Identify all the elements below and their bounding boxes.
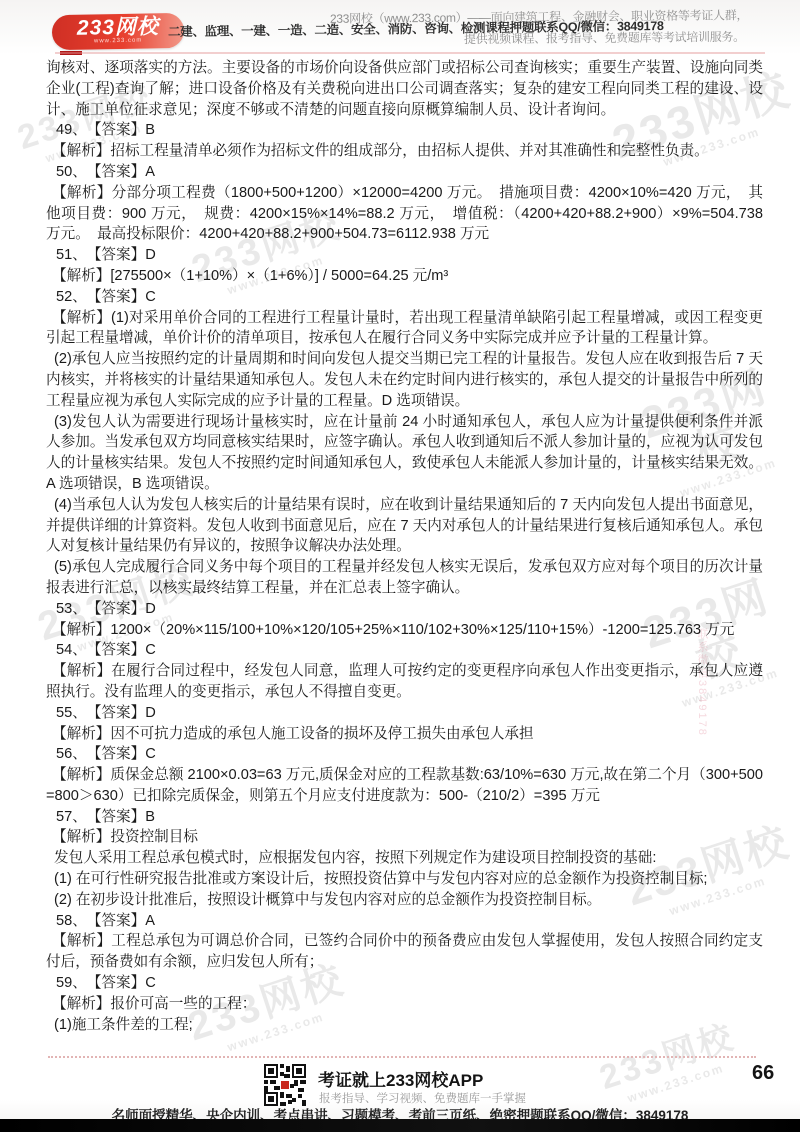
page-number: 66 [752, 1062, 774, 1085]
logo-text: 233网校 [77, 17, 159, 38]
paragraph: 【解析】分部分项工程费（1800+500+1200）×12000=4200 万元… [46, 183, 763, 245]
paragraph: (4)当承包人认为发包人核实后的计量结果有误时，应在收到计量结果通知后的 7 天… [46, 495, 763, 557]
paragraph: 【解析】招标工程量清单必须作为招标文件的组成部分，由招标人提供、并对其准确性和完… [46, 141, 763, 162]
paragraph: 57、 【答案】B [46, 807, 763, 828]
paragraph: 【解析】1200×（20%×115/100+10%×120/105+25%×11… [46, 620, 763, 641]
paragraph: 51、 【答案】D [46, 245, 763, 266]
paragraph: 【解析】工程总承包为可调总价合同，已签约合同价中的预备费应由发包人掌握使用，发包… [46, 931, 763, 973]
answer-explanation-body: 询核对、逐项落实的方法。主要设备的市场价向设备供应部门或招标公司查询核实；重要生… [46, 58, 763, 1035]
paragraph: (2) 在初步设计批准后，按照设计概算中与发包内容对应的总金额作为投资控制目标。 [46, 890, 763, 911]
paragraph: 56、 【答案】C [46, 744, 763, 765]
paragraph: 49、 【答案】B [46, 120, 763, 141]
footer-app-title: 考证就上233网校APP [318, 1066, 483, 1091]
paragraph: 发包人采用工程总承包模式时，应根据发包内容，按照下列规定作为建设项目控制投资的基… [46, 848, 763, 869]
233-school-logo: 233网校 www.233.com [52, 13, 185, 50]
paragraph: 询核对、逐项落实的方法。主要设备的市场价向设备供应部门或招标公司查询核实；重要生… [46, 58, 763, 120]
paragraph: 53、 【答案】D [46, 599, 763, 620]
paragraph: 【解析】投资控制目标 [46, 827, 763, 848]
paragraph: (2)承包人应当按照约定的计量周期和时间向发包人提交当期已完工程的计量报告。发包… [46, 349, 763, 411]
qr-code-icon [264, 1064, 306, 1106]
paragraph: 50、 【答案】A [46, 162, 763, 183]
paragraph: 【解析】报价可高一些的工程： [46, 994, 763, 1015]
logo-url: www.233.com [94, 38, 142, 46]
paragraph: 【解析】质保金总额 2100×0.03=63 万元,质保金对应的工程款基数:63… [46, 765, 763, 807]
paragraph: 55、 【答案】D [46, 703, 763, 724]
paragraph: (1) 在可行性研究报告批准或方案设计后，按照投资估算中与发包内容对应的总金额作… [46, 869, 763, 890]
paragraph: 52、 【答案】C [46, 287, 763, 308]
paragraph: 【解析】因不可抗力造成的承包人施工设备的损坏及停工损失由承包人承担 [46, 724, 763, 745]
paragraph: 59、 【答案】C [46, 973, 763, 994]
paragraph: (3)发包人认为需要进行现场计量核实时，应在计量前 24 小时通知承包人，承包人… [46, 412, 763, 495]
page-header: 233网校 www.233.com 233网校（www.233.com）——面向… [0, 0, 800, 56]
scanned-document-page: 233网校 www.233.com 233网校 www.233.com 233网… [0, 0, 800, 1132]
paragraph: 58、 【答案】A [46, 911, 763, 932]
paragraph: 54、 【答案】C [46, 640, 763, 661]
header-divider [55, 52, 765, 54]
paragraph: (5)承包人完成履行合同义务中每个项目的工程量并经发包人核实无误后，发承包双方应… [46, 557, 763, 599]
footer-divider [48, 1056, 756, 1058]
paragraph: (1)施工条件差的工程; [46, 1015, 763, 1036]
paragraph: 【解析】(1)对采用单价合同的工程进行工程量计量时，若出现工程量清单缺陷引起工程… [46, 308, 763, 350]
bottom-black-bar [0, 1119, 800, 1132]
paragraph: 【解析】[275500×（1+10%）×（1+6%）] / 5000=64.25… [46, 266, 763, 287]
paragraph: 【解析】在履行合同过程中，经发包人同意，监理人可按约定的变更程序向承包人作出变更… [46, 661, 763, 703]
